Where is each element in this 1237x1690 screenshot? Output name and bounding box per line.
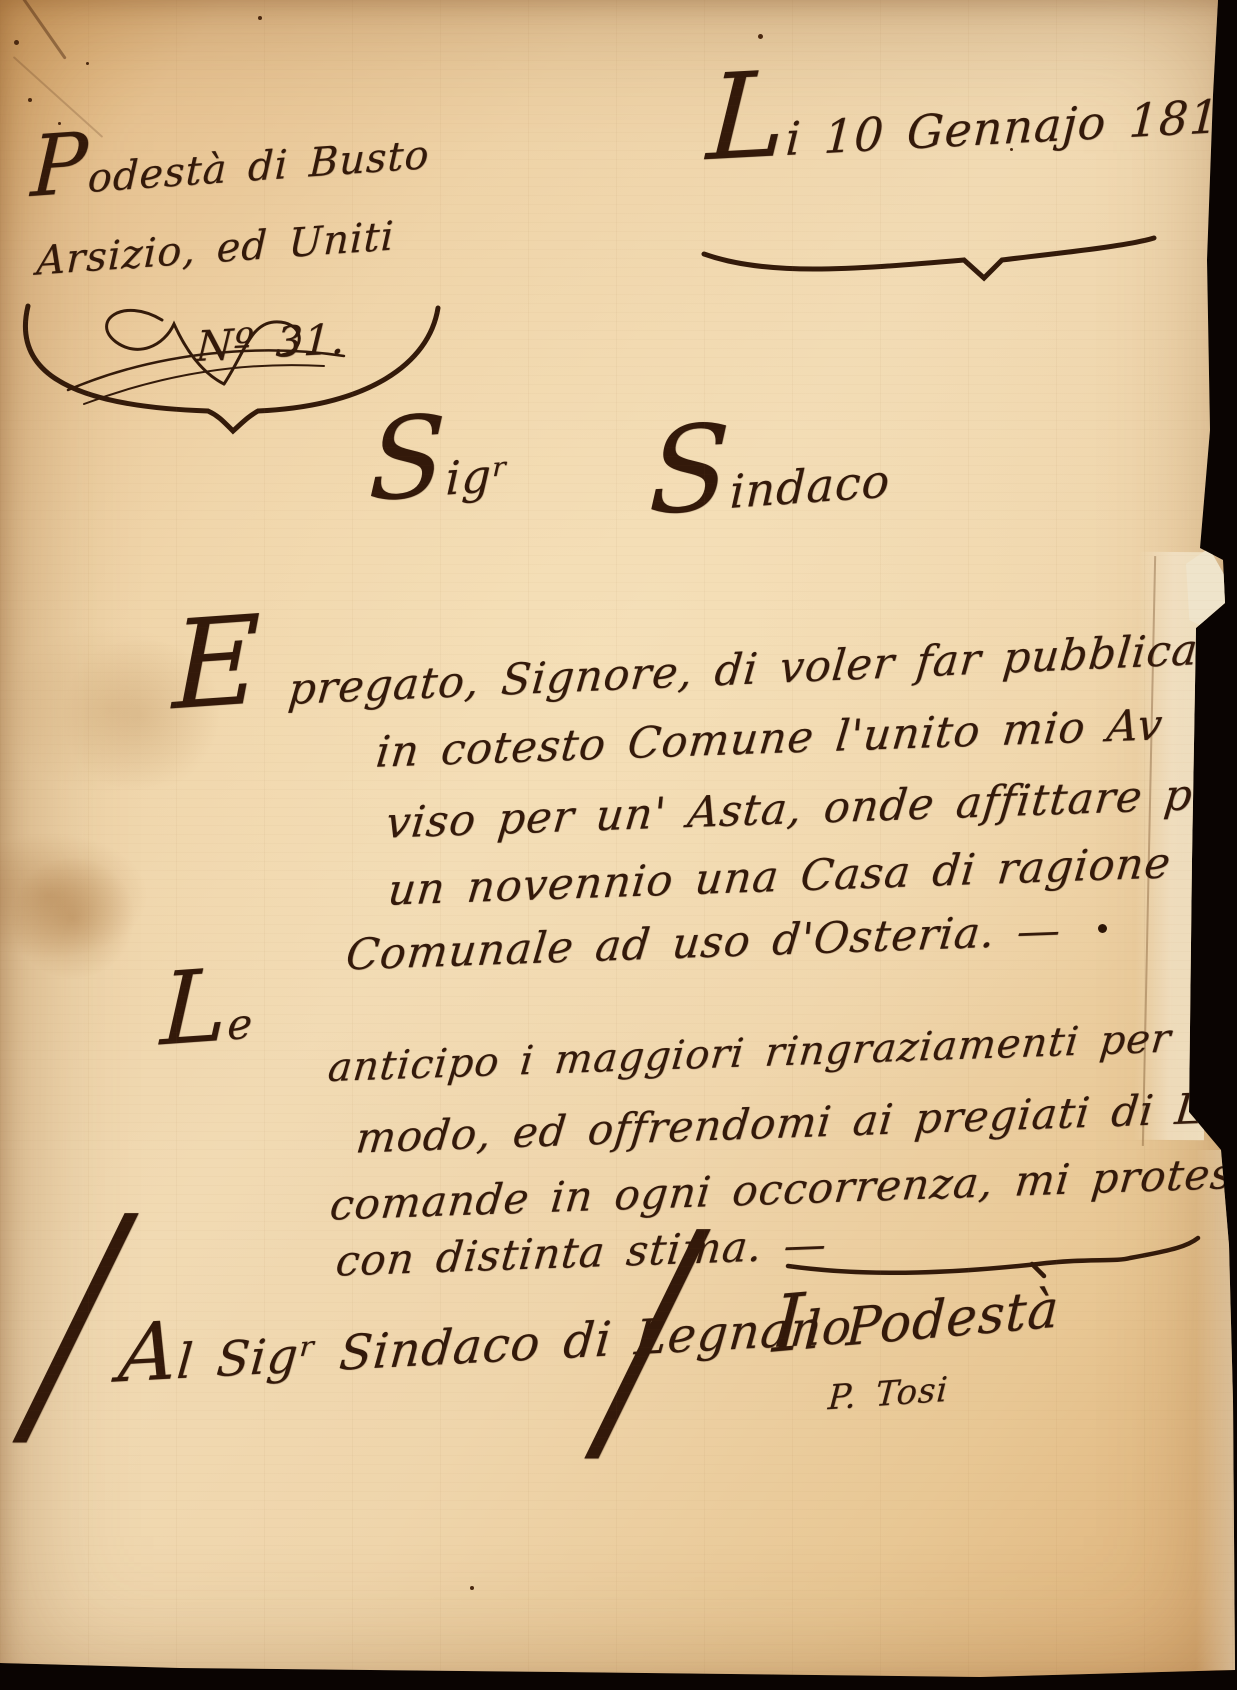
letterhead-office-line1: Podestà di Busto [30, 132, 431, 206]
paper-speckle [86, 62, 89, 65]
paragraph2-line: anticipo i maggiori ringraziamenti per l… [326, 1011, 1237, 1091]
letter-page: Podestà di Busto Arsizio, ed Uniti Nº 31… [0, 0, 1237, 1690]
salutation-name: Sindaco [647, 453, 891, 524]
dateline-flourish-icon [696, 222, 1162, 286]
paragraph2-initial: Le [159, 999, 254, 1055]
paper-stain [8, 858, 138, 978]
paragraph1-line: pregato, Signore, di voler far pubblicar… [286, 623, 1237, 715]
letterhead-office-line2: Arsizio, ed Uniti [36, 213, 396, 284]
paper-speckle [758, 34, 763, 39]
paper-speckle [28, 98, 32, 102]
closing-flourish-icon [782, 1226, 1204, 1284]
paragraph2-line: con distinta stima. — [334, 1219, 830, 1285]
ink-dot [1098, 924, 1107, 933]
address-slash-left: / [24, 1183, 130, 1462]
salutation-honorific: Sigʳ [367, 447, 509, 511]
paragraph2-line: modo, ed offrendomi ai pregiati di Lei [354, 1082, 1237, 1162]
paper-speckle [258, 16, 262, 20]
address-line: Al Sigʳ Sindaco di Legnano [116, 1299, 854, 1394]
paragraph1-line: Comunale ad uso d'Osteria. — [344, 905, 1064, 980]
letter-photo: Podestà di Busto Arsizio, ed Uniti Nº 31… [0, 0, 1237, 1690]
paper-speckle [470, 1586, 474, 1590]
paper-speckle [14, 40, 19, 45]
signature-name: P. Tosi [827, 1370, 950, 1419]
paragraph1-initial: E [172, 589, 262, 738]
paragraph1-line: viso per un' Asta, onde affittare pe [384, 769, 1222, 848]
corner-crease [9, 0, 67, 60]
paragraph1-line: un novennio una Casa di ragione [386, 838, 1174, 916]
paragraph2-line: comande in ogni occorrenza, mi protesto [328, 1147, 1237, 1229]
dateline: Li 10 Gennajo 1815 — [705, 84, 1237, 170]
paragraph1-line: in cotesto Comune l'unito mio Av [374, 700, 1166, 778]
